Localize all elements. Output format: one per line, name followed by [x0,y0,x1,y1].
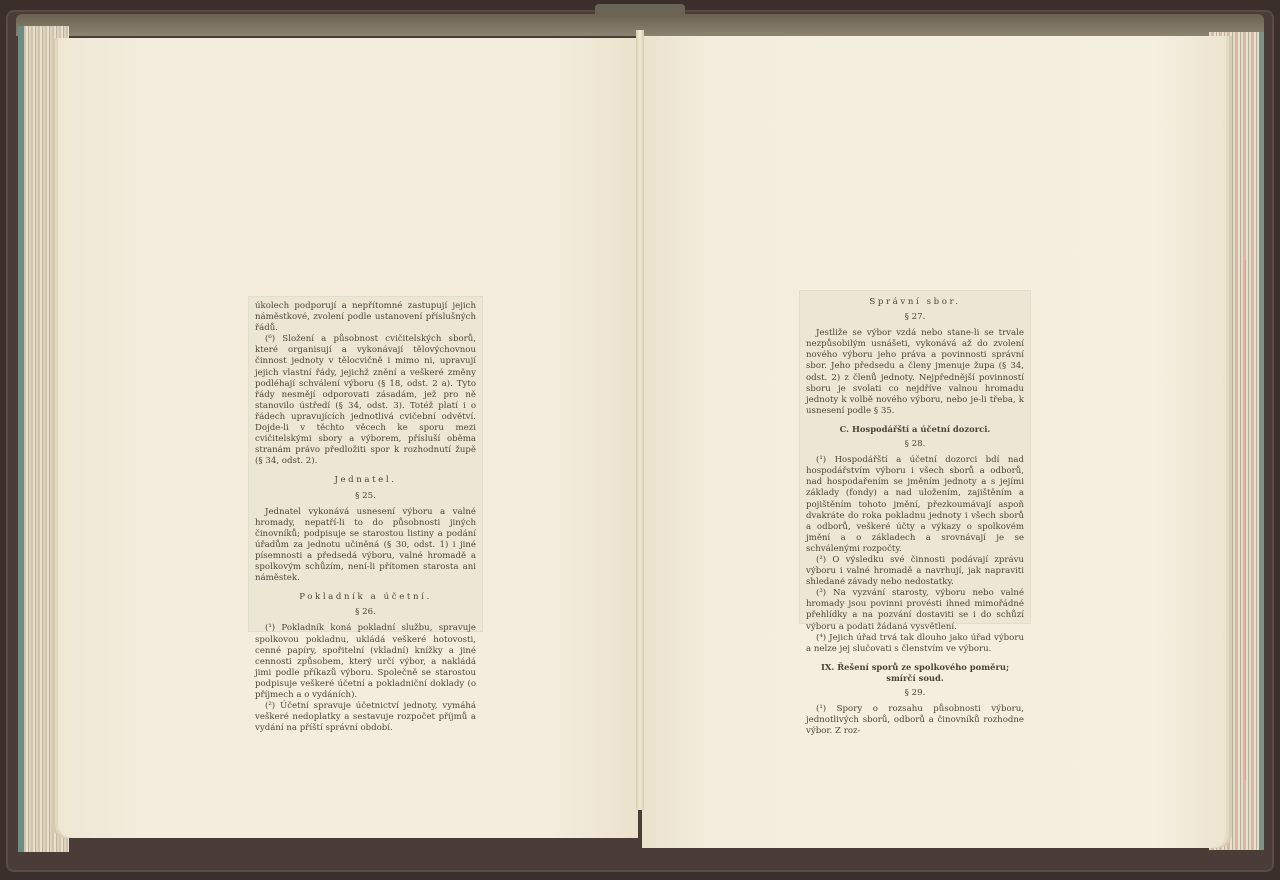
section-26-number: § 26. [255,607,476,618]
heading-hospodarsti-dozorci: C. Hospodářští a účetní dozorci. [806,424,1024,435]
section-25-number: § 25. [255,491,476,502]
left-text-clipping: úkolech podporují a nepřítomné zastupují… [249,297,482,631]
paragraph-28-1: (¹) Hospodářští a účetní dozorci bdí nad… [806,455,1024,555]
paragraph-27: Jestliže se výbor vzdá nebo stane-li se … [806,328,1024,417]
paragraph-28-2: (²) O výsledku své činnosti podávají zpr… [806,555,1024,588]
heading-jednatel: Jednatel. [255,475,476,486]
paragraph-25: Jednatel vykonává usnesení výboru a valn… [255,507,476,585]
heading-ix-reseni-sporu: IX. Řešení sporů ze spolkového poměru; s… [806,662,1024,684]
book-gutter [636,30,644,810]
section-29-number: § 29. [806,688,1024,699]
intro-paragraph: úkolech podporují a nepřítomné zastupují… [255,301,476,334]
section-28-number: § 28. [806,439,1024,450]
page-edge-mark [1245,260,1246,780]
paragraph-26-2: (²) Účetní spravuje účetnictví jednoty, … [255,701,476,734]
paragraph-28-4: (⁴) Jejich úřad trvá tak dlouho jako úřa… [806,633,1024,655]
paragraph-28-3: (³) Na vyzvání starosty, výboru nebo val… [806,588,1024,632]
paragraph-26-1: (¹) Pokladník koná pokladní službu, spra… [255,623,476,701]
heading-spravni-sbor: Správní sbor. [806,297,1024,308]
paragraph-24-6: (⁶) Složení a působnost cvičitelských sb… [255,334,476,467]
heading-pokladnik: Pokladník a účetní. [255,592,476,603]
section-27-number: § 27. [806,312,1024,323]
right-text-clipping: Správní sbor. § 27. Jestliže se výbor vz… [800,291,1030,623]
paragraph-29-1: (¹) Spory o rozsahu působnosti výboru, j… [806,704,1024,737]
